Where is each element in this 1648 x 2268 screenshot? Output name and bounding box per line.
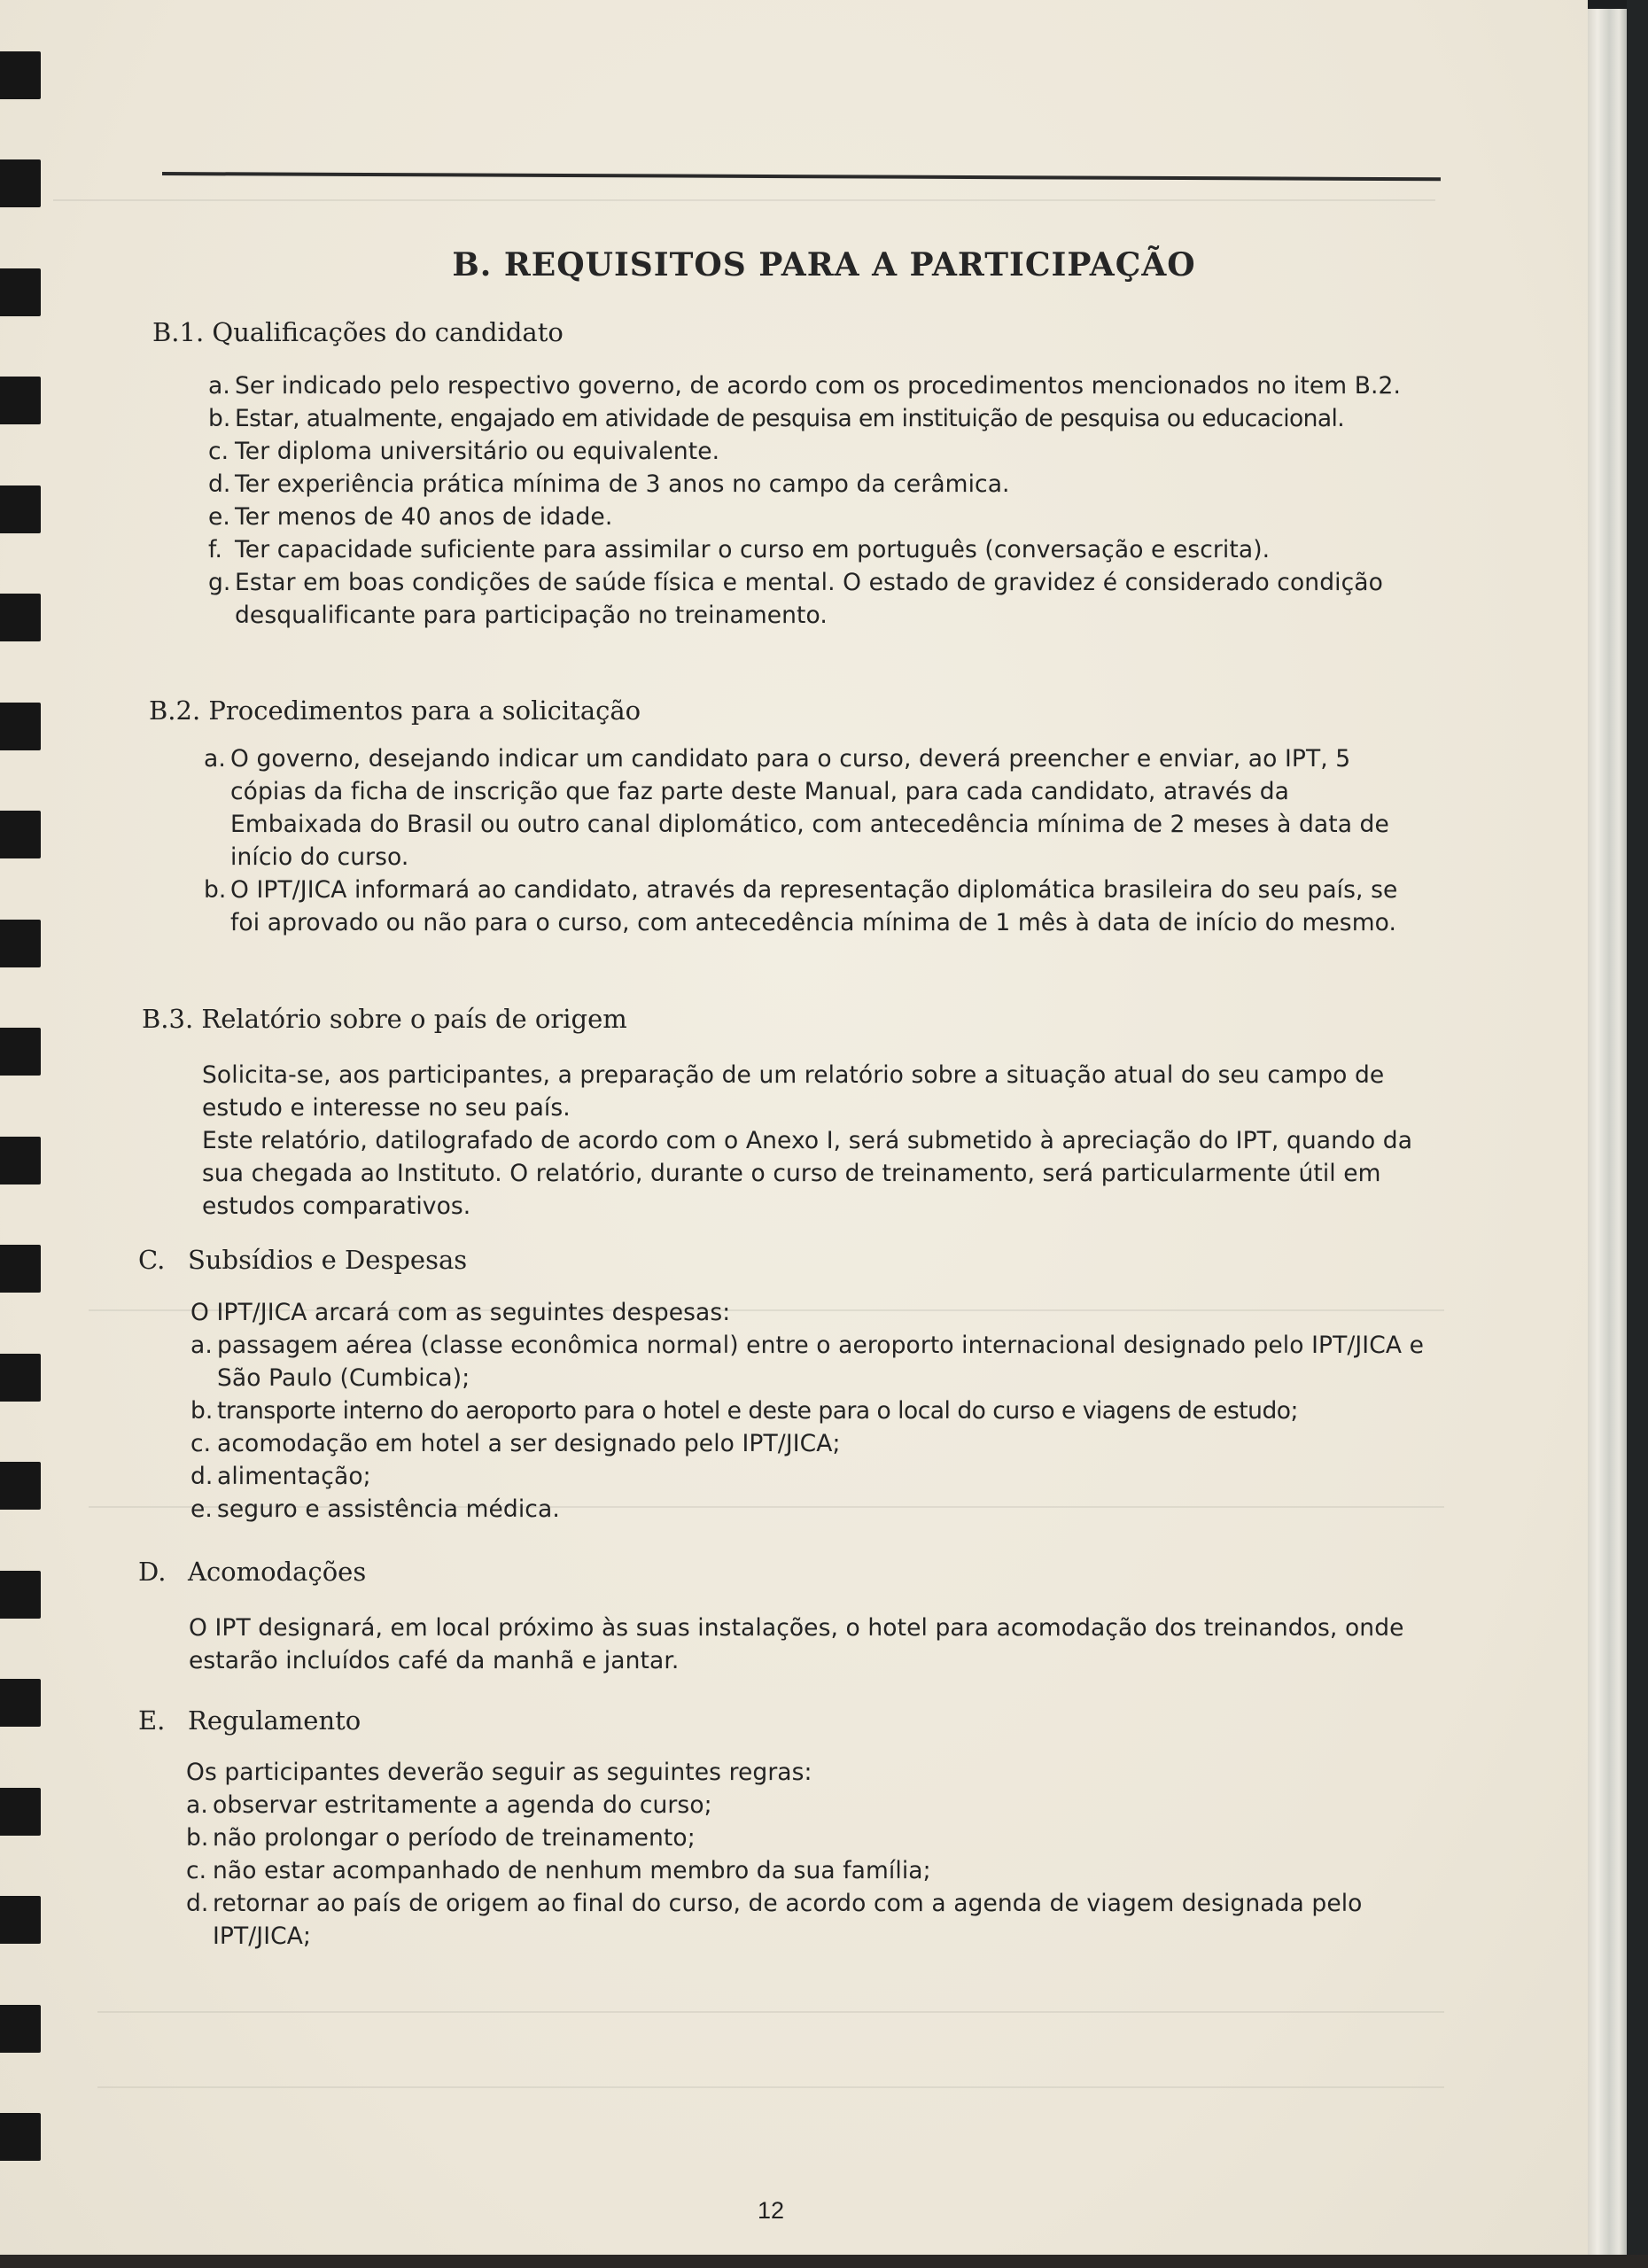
document-page: B. REQUISITOS PARA A PARTICIPAÇÃO B.1. Q… xyxy=(0,0,1588,2257)
list-item: a.O governo, desejando indicar um candid… xyxy=(204,742,1418,874)
section-heading-text: B.3. Relatório sobre o país de origem xyxy=(142,1004,627,1034)
section-b2-list: a.O governo, desejando indicar um candid… xyxy=(204,742,1418,939)
section-heading-text: Regulamento xyxy=(188,1705,361,1736)
list-item-text: alimentação; xyxy=(217,1463,371,1490)
list-item-text: Ter diploma universitário ou equivalente… xyxy=(235,438,719,465)
list-item-text: Estar em boas condições de saúde física … xyxy=(235,569,1383,629)
list-item-label: b. xyxy=(208,402,230,435)
list-item-label: c. xyxy=(208,435,229,468)
paragraph: O IPT/JICA arcará com as seguintes despe… xyxy=(190,1296,1449,1329)
list-item: b.O IPT/JICA informará ao candidato, atr… xyxy=(204,874,1418,939)
section-letter: C. xyxy=(138,1245,188,1275)
list-item-text: Ter experiência prática mínima de 3 anos… xyxy=(235,470,1010,498)
bleed-through-line xyxy=(53,199,1435,201)
list-item-label: g. xyxy=(208,566,230,599)
binding-hole xyxy=(0,1245,41,1293)
list-item: d.alimentação; xyxy=(190,1460,1449,1493)
list-item: b.não prolongar o período de treinamento… xyxy=(186,1821,1426,1854)
list-item-text: não prolongar o período de treinamento; xyxy=(213,1824,696,1852)
list-item-text: seguro e assistência médica. xyxy=(217,1495,560,1523)
binding-hole xyxy=(0,51,41,99)
list-item-label: d. xyxy=(190,1460,213,1493)
section-d-body: O IPT designará, em local próximo às sua… xyxy=(189,1612,1429,1677)
list-item: e.seguro e assistência médica. xyxy=(190,1493,1449,1526)
section-b3-body: Solicita-se, aos participantes, a prepar… xyxy=(202,1059,1442,1223)
binding-hole xyxy=(0,594,41,641)
list-item-label: b. xyxy=(190,1394,213,1427)
list-item-label: a. xyxy=(204,742,226,775)
section-e-body: Os participantes deverão seguir as segui… xyxy=(186,1756,1426,1953)
list-item-text: O governo, desejando indicar um candidat… xyxy=(230,745,1389,871)
bleed-through-line xyxy=(97,2011,1444,2013)
section-heading-text: B.1. Qualificações do candidato xyxy=(152,317,564,347)
section-heading-c: C.Subsídios e Despesas xyxy=(138,1245,467,1275)
section-heading-d: D.Acomodações xyxy=(138,1557,366,1587)
list-item: c.não estar acompanhado de nenhum membro… xyxy=(186,1854,1426,1887)
binding-hole xyxy=(0,1896,41,1944)
binding-hole xyxy=(0,2005,41,2053)
list-item-text: Ser indicado pelo respectivo governo, de… xyxy=(235,372,1401,400)
binding-hole xyxy=(0,703,41,750)
list-item: f.Ter capacidade suficiente para assimil… xyxy=(208,533,1440,566)
list-item-text: O IPT/JICA informará ao candidato, atrav… xyxy=(230,876,1397,936)
list-item: d.Ter experiência prática mínima de 3 an… xyxy=(208,468,1440,501)
list-item: b.Estar, atualmente, engajado em ativida… xyxy=(208,402,1440,435)
list-item-label: a. xyxy=(208,369,230,402)
header-rule xyxy=(162,172,1441,181)
list-item-text: observar estritamente a agenda do curso; xyxy=(213,1791,712,1819)
list-item: c.Ter diploma universitário ou equivalen… xyxy=(208,435,1440,468)
list-item: b.transporte interno do aeroporto para o… xyxy=(190,1394,1449,1427)
bottom-edge-shadow xyxy=(0,2255,1648,2268)
binding-hole xyxy=(0,377,41,424)
bleed-through-line xyxy=(97,2086,1444,2088)
list-item: c.acomodação em hotel a ser designado pe… xyxy=(190,1427,1449,1460)
binding-hole xyxy=(0,811,41,858)
list-item-label: d. xyxy=(186,1887,208,1920)
list-item-label: c. xyxy=(190,1427,211,1460)
section-heading-b2: B.2. Procedimentos para a solicitação xyxy=(149,695,641,726)
section-heading-e: E.Regulamento xyxy=(138,1705,361,1736)
section-heading-b3: B.3. Relatório sobre o país de origem xyxy=(142,1004,627,1034)
binding-hole xyxy=(0,1137,41,1184)
list-item: a.passagem aérea (classe econômica norma… xyxy=(190,1329,1449,1394)
list-item-text: não estar acompanhado de nenhum membro d… xyxy=(213,1857,931,1884)
list-item-label: a. xyxy=(186,1789,208,1821)
list-item: d.retornar ao país de origem ao final do… xyxy=(186,1887,1426,1953)
binding-hole xyxy=(0,1354,41,1402)
section-letter: D. xyxy=(138,1557,188,1587)
binding-hole xyxy=(0,1571,41,1619)
section-heading-b1: B.1. Qualificações do candidato xyxy=(152,317,564,347)
binding-hole xyxy=(0,920,41,967)
binding-hole xyxy=(0,1028,41,1076)
section-heading-text: Acomodações xyxy=(188,1557,366,1587)
page-stack-edge xyxy=(1588,9,1627,2259)
list-item-text: Estar, atualmente, engajado em atividade… xyxy=(235,405,1344,432)
list-item-label: a. xyxy=(190,1329,213,1362)
list-item-text: passagem aérea (classe econômica normal)… xyxy=(217,1332,1424,1392)
paragraph: Este relatório, datilografado de acordo … xyxy=(202,1124,1442,1223)
list-item-label: e. xyxy=(190,1493,213,1526)
binding-hole xyxy=(0,2113,41,2161)
list-item-label: c. xyxy=(186,1854,206,1887)
section-letter: E. xyxy=(138,1705,188,1736)
list-item: a.Ser indicado pelo respectivo governo, … xyxy=(208,369,1440,402)
list-item-text: Ter menos de 40 anos de idade. xyxy=(235,503,612,531)
section-heading-text: B.2. Procedimentos para a solicitação xyxy=(149,695,641,726)
list-item: e.Ter menos de 40 anos de idade. xyxy=(208,501,1440,533)
list-item-text: acomodação em hotel a ser designado pelo… xyxy=(217,1430,841,1457)
list-item-label: f. xyxy=(208,533,222,566)
page-title: B. REQUISITOS PARA A PARTICIPAÇÃO xyxy=(0,246,1648,283)
list-item: a.observar estritamente a agenda do curs… xyxy=(186,1789,1426,1821)
section-b1-list: a.Ser indicado pelo respectivo governo, … xyxy=(208,369,1440,632)
list-item-label: e. xyxy=(208,501,230,533)
page-number: 12 xyxy=(0,2197,1542,2225)
list-item-text: transporte interno do aeroporto para o h… xyxy=(217,1397,1298,1425)
binding-hole xyxy=(0,1462,41,1510)
list-item-label: d. xyxy=(208,468,230,501)
section-heading-text: Subsídios e Despesas xyxy=(188,1245,467,1275)
binding-hole xyxy=(0,159,41,207)
list-item-text: retornar ao país de origem ao final do c… xyxy=(213,1890,1363,1950)
section-c-body: O IPT/JICA arcará com as seguintes despe… xyxy=(190,1296,1449,1526)
binding-hole xyxy=(0,1679,41,1727)
list-item-label: b. xyxy=(204,874,226,906)
binding-hole xyxy=(0,485,41,533)
binder-edge xyxy=(1627,0,1648,2268)
paragraph: Os participantes deverão seguir as segui… xyxy=(186,1756,1426,1789)
list-item-text: Ter capacidade suficiente para assimilar… xyxy=(235,536,1270,563)
list-item-label: b. xyxy=(186,1821,208,1854)
paragraph: O IPT designará, em local próximo às sua… xyxy=(189,1612,1429,1677)
list-item: g.Estar em boas condições de saúde físic… xyxy=(208,566,1440,632)
binding-hole xyxy=(0,1788,41,1836)
paragraph: Solicita-se, aos participantes, a prepar… xyxy=(202,1059,1442,1124)
